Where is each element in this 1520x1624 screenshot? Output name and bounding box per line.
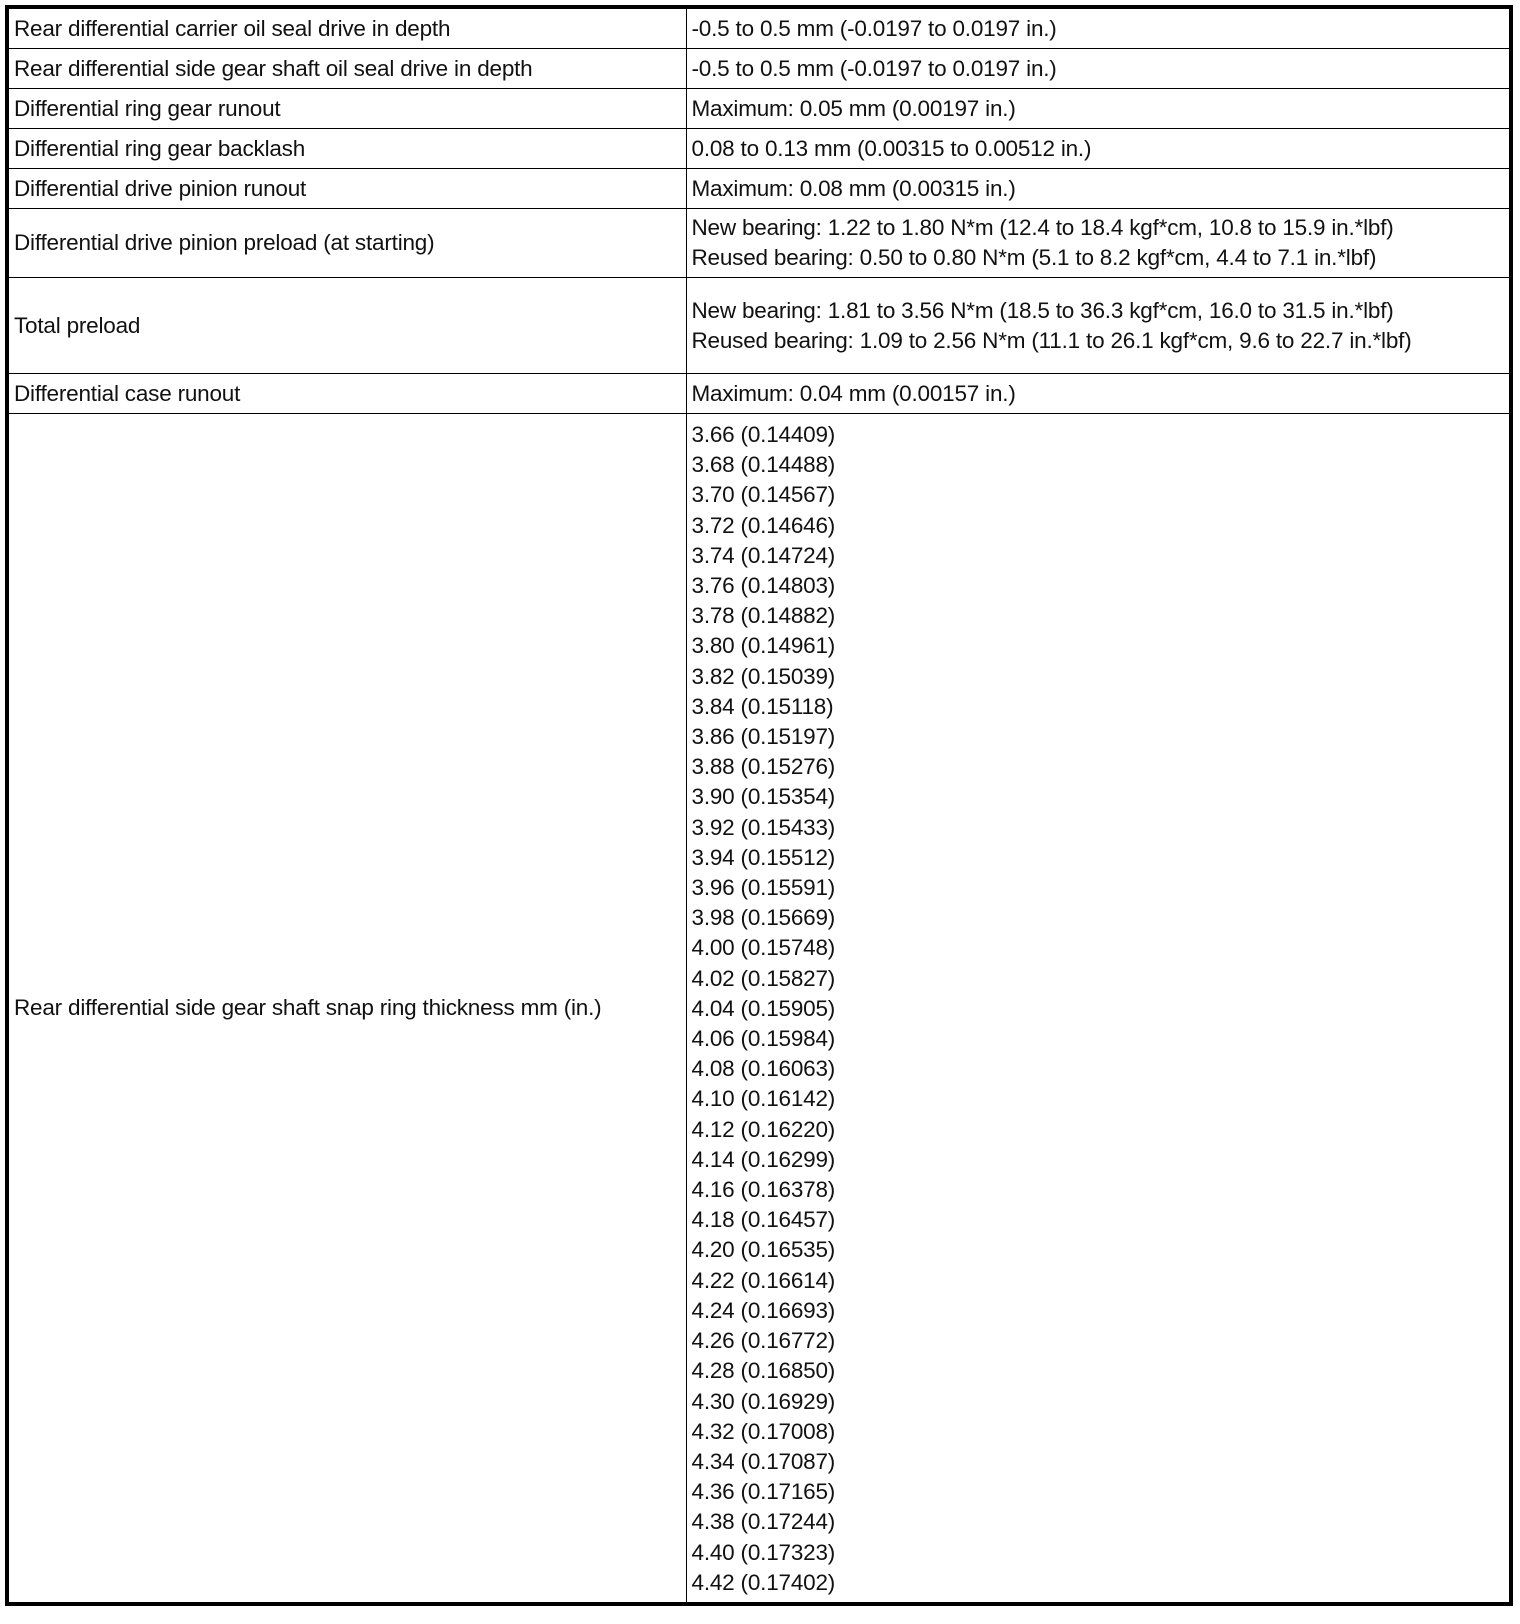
snap-ring-thickness-option: 4.14 (0.16299) — [692, 1145, 1506, 1175]
spec-item: Differential case runout — [7, 374, 686, 414]
snap-ring-thickness-option: 4.16 (0.16378) — [692, 1175, 1506, 1205]
snap-ring-thickness-option: 3.80 (0.14961) — [692, 631, 1506, 661]
snap-ring-thickness-option: 3.90 (0.15354) — [692, 782, 1506, 812]
spec-value: New bearing: 1.22 to 1.80 N*m (12.4 to 1… — [686, 209, 1511, 278]
snap-ring-thickness-option: 3.88 (0.15276) — [692, 752, 1506, 782]
spec-value: 0.08 to 0.13 mm (0.00315 to 0.00512 in.) — [686, 129, 1511, 169]
snap-ring-thickness-option: 3.68 (0.14488) — [692, 450, 1506, 480]
snap-ring-thickness-option: 4.22 (0.16614) — [692, 1266, 1506, 1296]
snap-ring-thickness-option: 4.38 (0.17244) — [692, 1507, 1506, 1537]
snap-ring-thickness-option: 3.86 (0.15197) — [692, 722, 1506, 752]
table-row: Differential ring gear backlash 0.08 to … — [7, 129, 1511, 169]
spec-item: Differential drive pinion runout — [7, 169, 686, 209]
table-row: Rear differential carrier oil seal drive… — [7, 7, 1511, 49]
snap-ring-thickness-option: 4.42 (0.17402) — [692, 1568, 1506, 1598]
snap-ring-thickness-option: 4.40 (0.17323) — [692, 1538, 1506, 1568]
snap-ring-thickness-option: 4.10 (0.16142) — [692, 1084, 1506, 1114]
snap-ring-thickness-option: 4.34 (0.17087) — [692, 1447, 1506, 1477]
snap-ring-thickness-option: 3.70 (0.14567) — [692, 480, 1506, 510]
table-row: Differential case runout Maximum: 0.04 m… — [7, 374, 1511, 414]
snap-ring-thickness-option: 4.08 (0.16063) — [692, 1054, 1506, 1084]
snap-ring-thickness-option: 4.02 (0.15827) — [692, 964, 1506, 994]
specification-table: Rear differential carrier oil seal drive… — [5, 5, 1513, 1606]
snap-ring-thickness-option: 4.26 (0.16772) — [692, 1326, 1506, 1356]
snap-ring-thickness-option: 4.28 (0.16850) — [692, 1356, 1506, 1386]
table-row: Total preload New bearing: 1.81 to 3.56 … — [7, 278, 1511, 374]
snap-ring-thickness-option: 4.32 (0.17008) — [692, 1417, 1506, 1447]
snap-ring-thickness-option: 3.82 (0.15039) — [692, 662, 1506, 692]
table-row-snap-ring: Rear differential side gear shaft snap r… — [7, 414, 1511, 1604]
spec-item: Rear differential side gear shaft oil se… — [7, 49, 686, 89]
spec-item: Rear differential side gear shaft snap r… — [7, 414, 686, 1604]
snap-ring-thickness-option: 4.20 (0.16535) — [692, 1235, 1506, 1265]
snap-ring-thickness-option: 3.76 (0.14803) — [692, 571, 1506, 601]
spec-item: Differential ring gear runout — [7, 89, 686, 129]
spec-item: Total preload — [7, 278, 686, 374]
spec-value: New bearing: 1.81 to 3.56 N*m (18.5 to 3… — [686, 278, 1511, 374]
spec-value: -0.5 to 0.5 mm (-0.0197 to 0.0197 in.) — [686, 7, 1511, 49]
snap-ring-values: 3.66 (0.14409)3.68 (0.14488)3.70 (0.1456… — [686, 414, 1511, 1604]
snap-ring-thickness-option: 4.04 (0.15905) — [692, 994, 1506, 1024]
snap-ring-thickness-option: 4.06 (0.15984) — [692, 1024, 1506, 1054]
spec-value: Maximum: 0.08 mm (0.00315 in.) — [686, 169, 1511, 209]
snap-ring-thickness-option: 3.74 (0.14724) — [692, 541, 1506, 571]
snap-ring-thickness-option: 3.66 (0.14409) — [692, 420, 1506, 450]
snap-ring-thickness-option: 3.94 (0.15512) — [692, 843, 1506, 873]
spec-value: -0.5 to 0.5 mm (-0.0197 to 0.0197 in.) — [686, 49, 1511, 89]
snap-ring-thickness-option: 4.18 (0.16457) — [692, 1205, 1506, 1235]
snap-ring-thickness-option: 4.00 (0.15748) — [692, 933, 1506, 963]
snap-ring-thickness-option: 4.12 (0.16220) — [692, 1115, 1506, 1145]
spec-value: Maximum: 0.04 mm (0.00157 in.) — [686, 374, 1511, 414]
snap-ring-thickness-option: 4.24 (0.16693) — [692, 1296, 1506, 1326]
snap-ring-thickness-option: 3.72 (0.14646) — [692, 511, 1506, 541]
spec-item: Differential ring gear backlash — [7, 129, 686, 169]
spec-item: Differential drive pinion preload (at st… — [7, 209, 686, 278]
snap-ring-thickness-option: 4.36 (0.17165) — [692, 1477, 1506, 1507]
table-row: Differential drive pinion preload (at st… — [7, 209, 1511, 278]
spec-value: Maximum: 0.05 mm (0.00197 in.) — [686, 89, 1511, 129]
snap-ring-thickness-option: 3.84 (0.15118) — [692, 692, 1506, 722]
table-row: Rear differential side gear shaft oil se… — [7, 49, 1511, 89]
snap-ring-thickness-option: 4.30 (0.16929) — [692, 1387, 1506, 1417]
snap-ring-thickness-option: 3.92 (0.15433) — [692, 813, 1506, 843]
snap-ring-thickness-option: 3.98 (0.15669) — [692, 903, 1506, 933]
snap-ring-thickness-option: 3.96 (0.15591) — [692, 873, 1506, 903]
table-row: Differential ring gear runout Maximum: 0… — [7, 89, 1511, 129]
table-row: Differential drive pinion runout Maximum… — [7, 169, 1511, 209]
spec-item: Rear differential carrier oil seal drive… — [7, 7, 686, 49]
snap-ring-thickness-option: 3.78 (0.14882) — [692, 601, 1506, 631]
